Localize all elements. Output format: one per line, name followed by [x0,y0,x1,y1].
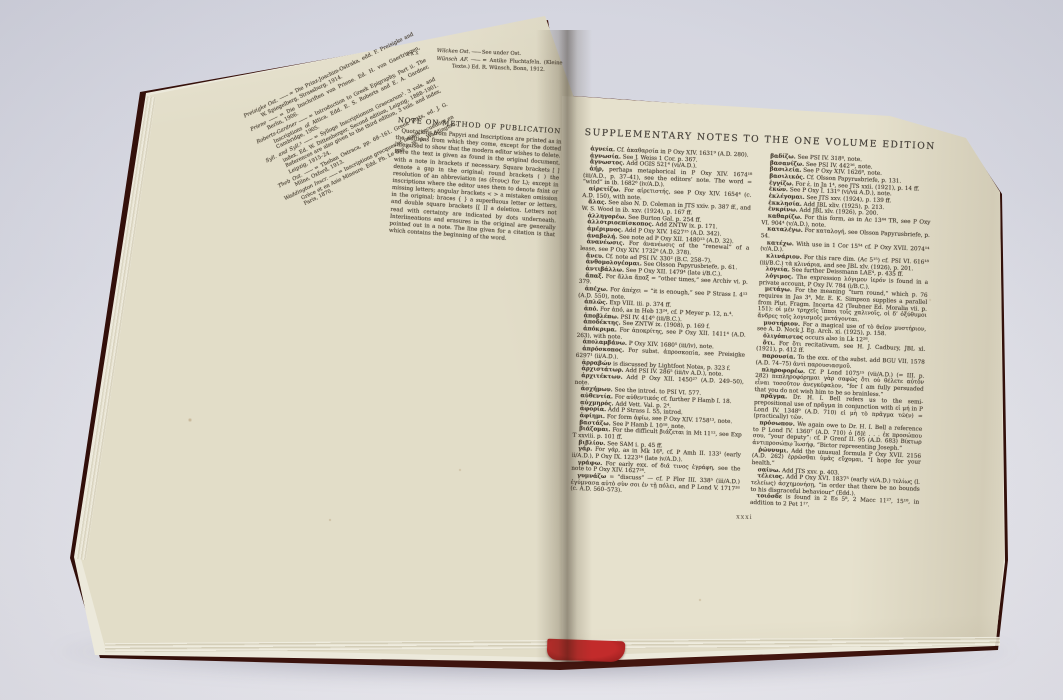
bibliography-abbreviation: Wünsch AF. [437,56,469,63]
bibliography-definition: See under Ost. [482,50,521,57]
note-section: NOTE ON METHOD OF PUBLICATION Quotations… [389,116,563,246]
leader-dash: —— [468,57,482,63]
entry-headword: γάρ. [578,446,592,453]
note-body: Quotations from Papyri and Inscriptions … [389,128,562,246]
entry-headword: ἑκών. [769,187,788,194]
bibliography-list-right: Wilcken Ost. —— See under Ost. Wünsch AF… [436,48,563,75]
column-left: ἁγνεία. Cf. ἀκαθαρσία in P Oxy XIV. 1631… [570,146,753,506]
right-page-content: SUPPLEMENTARY NOTES TO THE ONE VOLUME ED… [569,127,934,527]
entry-headword: ἅλας. [588,200,606,207]
text-columns: ἁγνεία. Cf. ἀκαθαρσία in P Oxy XIV. 1631… [570,146,934,513]
entry-headword: ἀπό. [584,306,599,313]
entry-headword: καταλέγω. [767,227,803,234]
bibliography-entry: Wünsch AF. —— = Antike Fluchtafeln. (Kle… [436,56,562,73]
entry-headword: ἀήρ, [589,166,604,173]
open-book-photo: xxx Wilcken Ost. —— See under Ost. Wünsc… [0,0,1063,700]
column-right: βαδίζω. See PSI IV. 318⁸, note. βασανίζω… [750,153,933,513]
leader-dash: —— [470,49,482,55]
red-ribbon [547,639,626,663]
entry-text: For the meaning “turn round,” which p. 7… [757,288,927,323]
bibliography-abbreviation: Wilcken Ost. [437,48,471,55]
